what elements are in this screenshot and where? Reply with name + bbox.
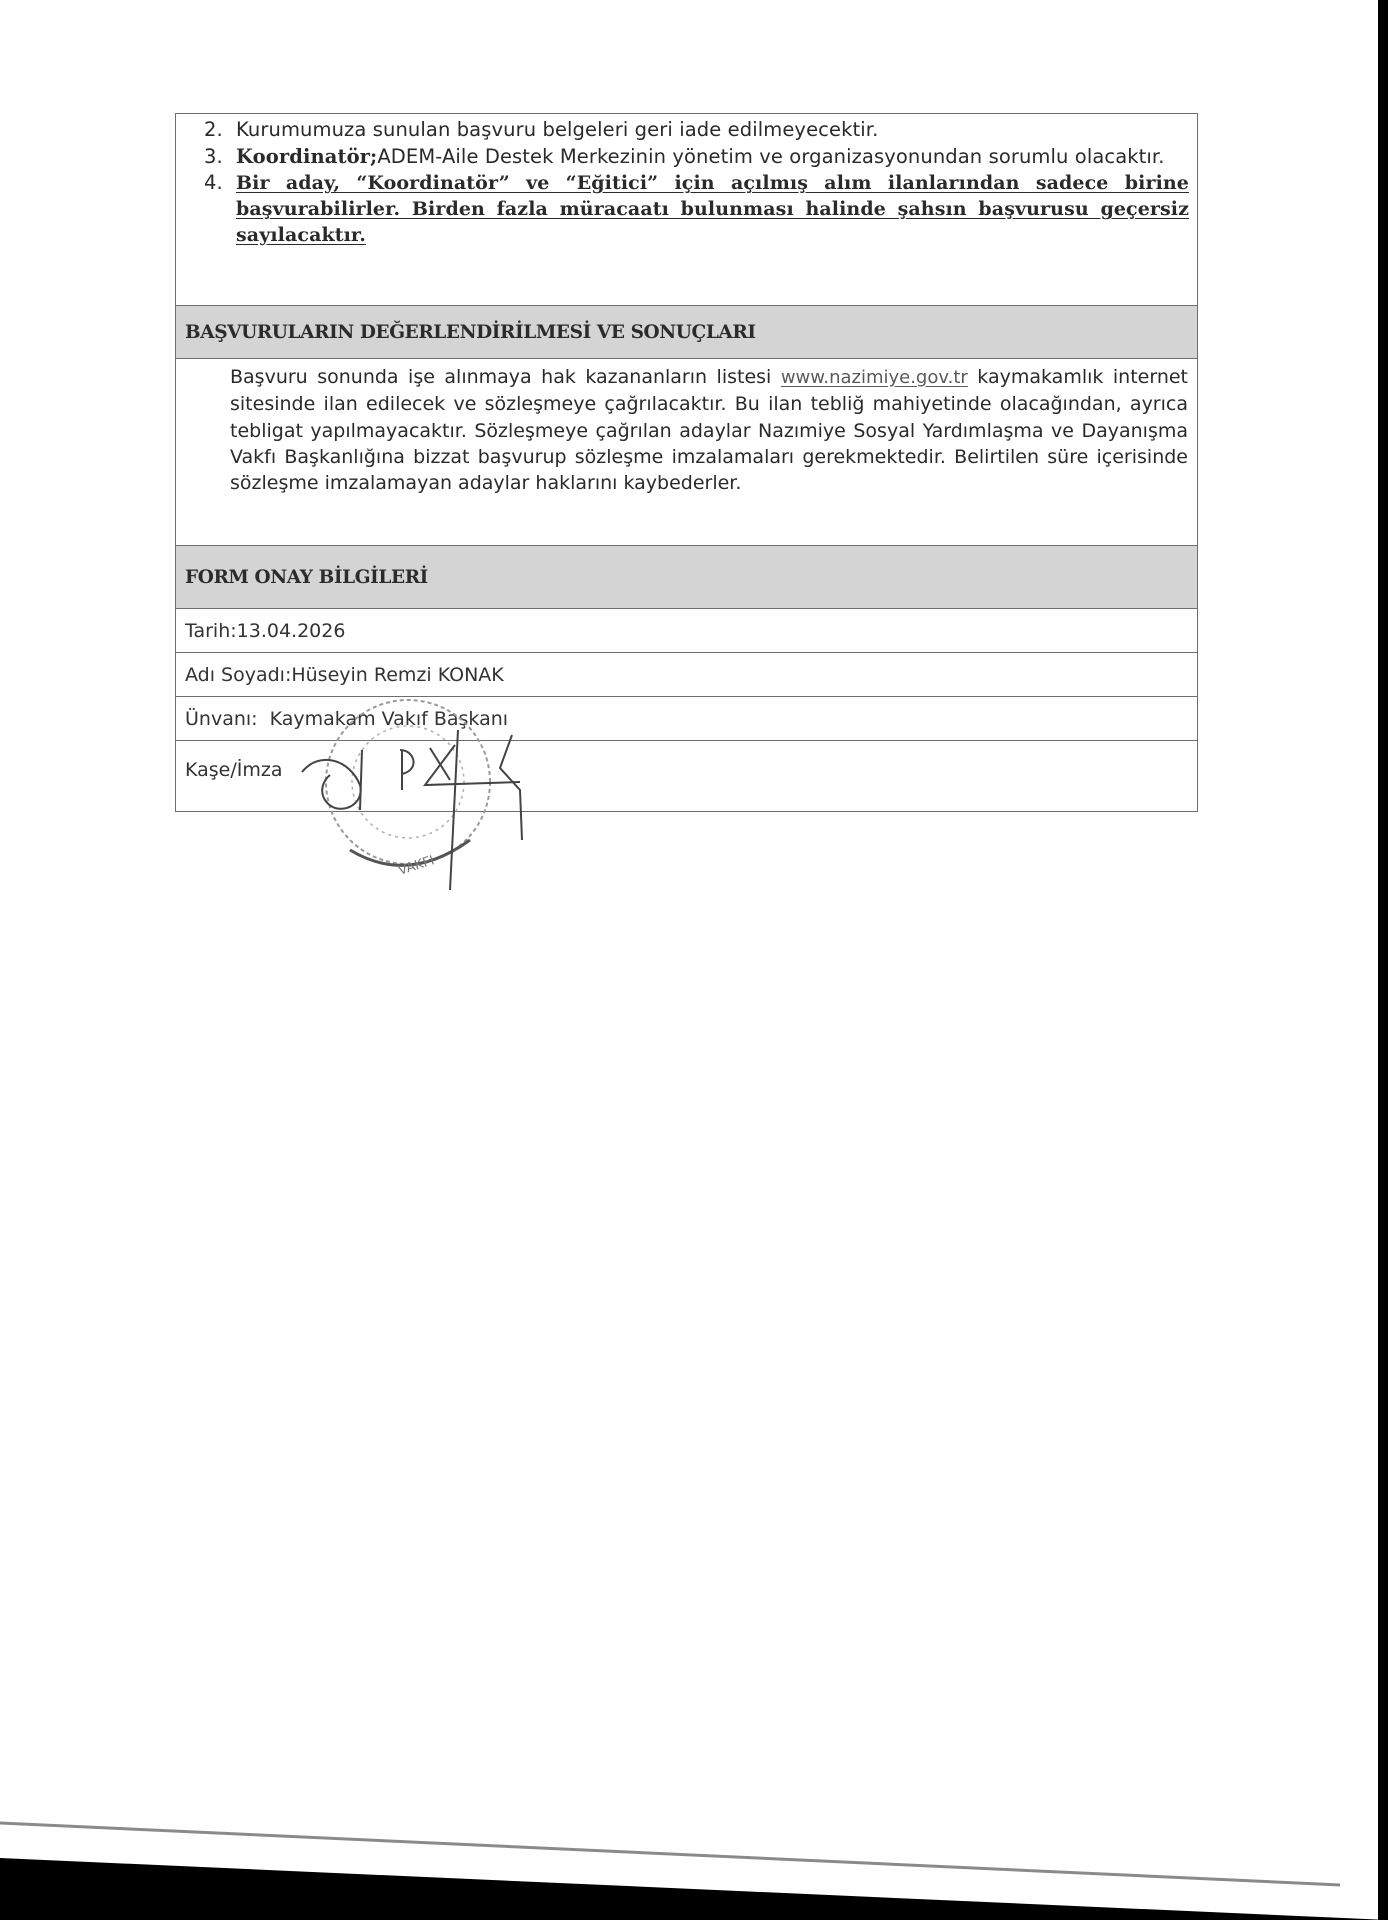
list-item: 4. Bir aday, “Koordinatör” ve “Eğitici” … <box>236 170 1189 248</box>
list-number: 3. <box>204 144 223 171</box>
conditions-list: 2. Kurumumuza sunulan başvuru belgeleri … <box>176 114 1197 306</box>
form-table: 2. Kurumumuza sunulan başvuru belgeleri … <box>175 113 1198 812</box>
signature-field: Kaşe/İmza <box>176 741 1197 811</box>
list-number: 2. <box>204 117 223 144</box>
evaluation-paragraph: Başvuru sonunda işe alınmaya hak kazanan… <box>176 359 1197 546</box>
paragraph-text: Başvuru sonunda işe alınmaya hak kazanan… <box>230 366 781 388</box>
list-item: 2. Kurumumuza sunulan başvuru belgeleri … <box>236 117 1189 144</box>
list-text: Bir aday, “Koordinatör” ve “Eğitici” içi… <box>236 172 1189 246</box>
date-field: Tarih:13.04.2026 <box>176 609 1197 653</box>
section-header-form: FORM ONAY BİLGİLERİ <box>176 546 1197 609</box>
scanned-page: 2. Kurumumuza sunulan başvuru belgeleri … <box>0 0 1388 1920</box>
svg-text:VAKFI: VAKFI <box>397 853 437 879</box>
title-field: Ünvanı: Kaymakam Vakıf Başkanı <box>176 697 1197 741</box>
list-item: 3. Koordinatör;ADEM-Aile Destek Merkezin… <box>236 144 1189 171</box>
name-field: Adı Soyadı:Hüseyin Remzi KONAK <box>176 653 1197 697</box>
list-bold-prefix: Koordinatör; <box>236 145 377 168</box>
list-number: 4. <box>204 170 223 196</box>
list-text: Kurumumuza sunulan başvuru belgeleri ger… <box>236 118 878 141</box>
list-text: ADEM-Aile Destek Merkezinin yönetim ve o… <box>377 145 1164 168</box>
website-link[interactable]: www.nazimiye.gov.tr <box>781 367 968 388</box>
section-header-evaluation: BAŞVURULARIN DEĞERLENDİRİLMESİ VE SONUÇL… <box>176 306 1197 359</box>
